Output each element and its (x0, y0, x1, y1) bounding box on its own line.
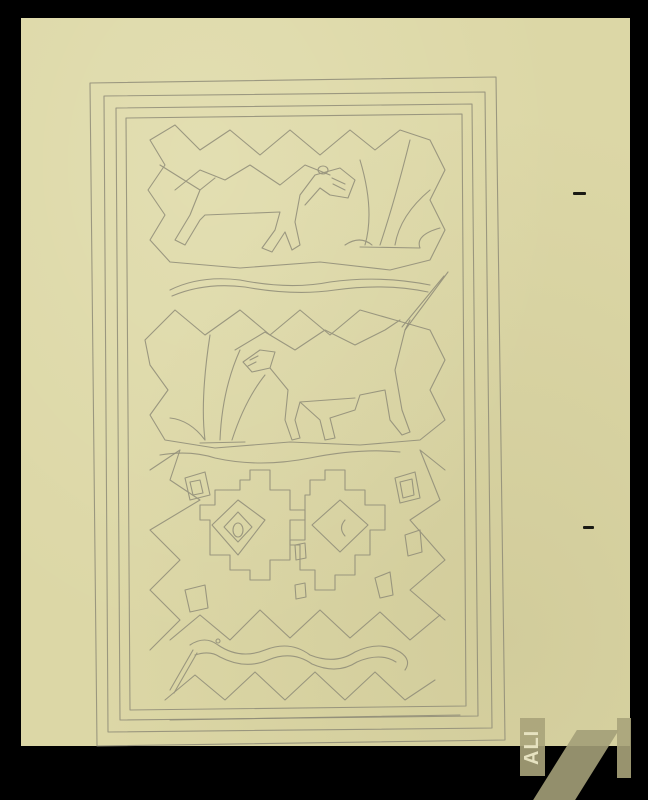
registration-mark (583, 526, 594, 529)
rect-icon (185, 472, 210, 500)
stepped-diamond-right (290, 470, 385, 590)
snake-icon (190, 640, 408, 670)
rect-icon (375, 572, 393, 598)
stepped-diamond-left (200, 470, 305, 580)
rect-icon (395, 472, 420, 503)
wave-divider-1 (170, 272, 448, 330)
rect-icon (185, 585, 208, 612)
grass-icon (345, 140, 440, 248)
wave-divider-2 (160, 451, 400, 463)
rect-icon (405, 530, 422, 556)
pencil-drawing (0, 0, 648, 800)
top-band (148, 125, 445, 270)
bottom-band (165, 610, 460, 720)
middle-band (145, 310, 445, 448)
grass-icon (170, 335, 265, 443)
watermark-bar (617, 718, 631, 778)
watermark-text: ALI (520, 718, 545, 776)
registration-mark (573, 192, 586, 195)
horse-icon (243, 320, 410, 440)
